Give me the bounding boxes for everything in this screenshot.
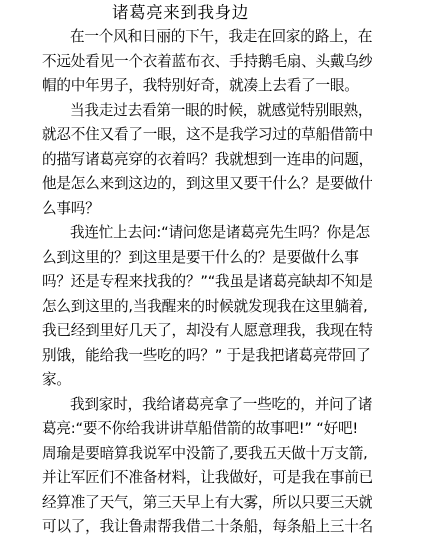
text-line: 他是怎么来到这边的，到这里又要干什么？是要做什 <box>42 172 372 197</box>
text-line: 当我走过去看第一眼的时候，就感觉特别眼熟， <box>42 99 372 124</box>
text-line: 经算准了天气，第三天早上有大雾，所以只要三天就 <box>42 491 372 516</box>
text-line: 葛亮:“要不你给我讲讲草船借箭的故事吧!” “好吧! <box>42 417 372 442</box>
paragraph-3: 我连忙上去问:“请问您是诸葛亮先生吗？你是怎 么到这里的？到这里是要干什么的？是… <box>42 221 372 393</box>
paragraph-4: 我到家时，我给诸葛亮拿了一些吃的，并问了诸 葛亮:“要不你给我讲讲草船借箭的故事… <box>42 393 372 536</box>
text-line: 周瑜是要暗算我说军中没箭了,要我五天做十万支箭, <box>42 442 372 467</box>
paragraph-2: 当我走过去看第一眼的时候，就感觉特别眼熟， 就忍不住又看了一眼，这不是我学习过的… <box>42 99 372 222</box>
text-line: 在一个风和日丽的下午，我走在回家的路上，在 <box>42 25 372 50</box>
text-line: 怎么到这里的,当我醒来的时候就发现我在这里躺着, <box>42 295 372 320</box>
document-page: 诸葛亮来到我身边 在一个风和日丽的下午，我走在回家的路上，在 不远处看见一个衣着… <box>42 0 372 536</box>
text-line: 就忍不住又看了一眼，这不是我学习过的草船借箭中 <box>42 123 372 148</box>
text-line: 我已经到里好几天了，却没有人愿意理我，我现在特 <box>42 319 372 344</box>
text-line: 吗？还是专程来找我的？”“我虽是诸葛亮缺却不知是 <box>42 270 372 295</box>
text-line: 的描写诸葛亮穿的衣着吗？我就想到一连串的问题， <box>42 148 372 173</box>
text-line: 么事吗？ <box>42 197 372 222</box>
text-line: 家。 <box>42 368 372 393</box>
text-line: 别饿，能给我一些吃的吗？” 于是我把诸葛亮带回了 <box>42 344 372 369</box>
text-line: 不远处看见一个衣着蓝布衣、手持鹅毛扇、头戴乌纱 <box>42 50 372 75</box>
paragraph-1: 在一个风和日丽的下午，我走在回家的路上，在 不远处看见一个衣着蓝布衣、手持鹅毛扇… <box>42 25 372 99</box>
document-title: 诸葛亮来到我身边 <box>112 3 372 23</box>
text-line: 帽的中年男子，我特别好奇，就凑上去看了一眼。 <box>42 74 372 99</box>
text-line: 我到家时，我给诸葛亮拿了一些吃的，并问了诸 <box>42 393 372 418</box>
text-line: 可以了，我让鲁肃帮我借二十条船，每条船上三十名 <box>42 515 372 536</box>
text-line: 我连忙上去问:“请问您是诸葛亮先生吗？你是怎 <box>42 221 372 246</box>
text-line: 并让军匠们不准备材料，让我做好，可是我在事前已 <box>42 466 372 491</box>
text-line: 么到这里的？到这里是要干什么的？是要做什么事 <box>42 246 372 271</box>
